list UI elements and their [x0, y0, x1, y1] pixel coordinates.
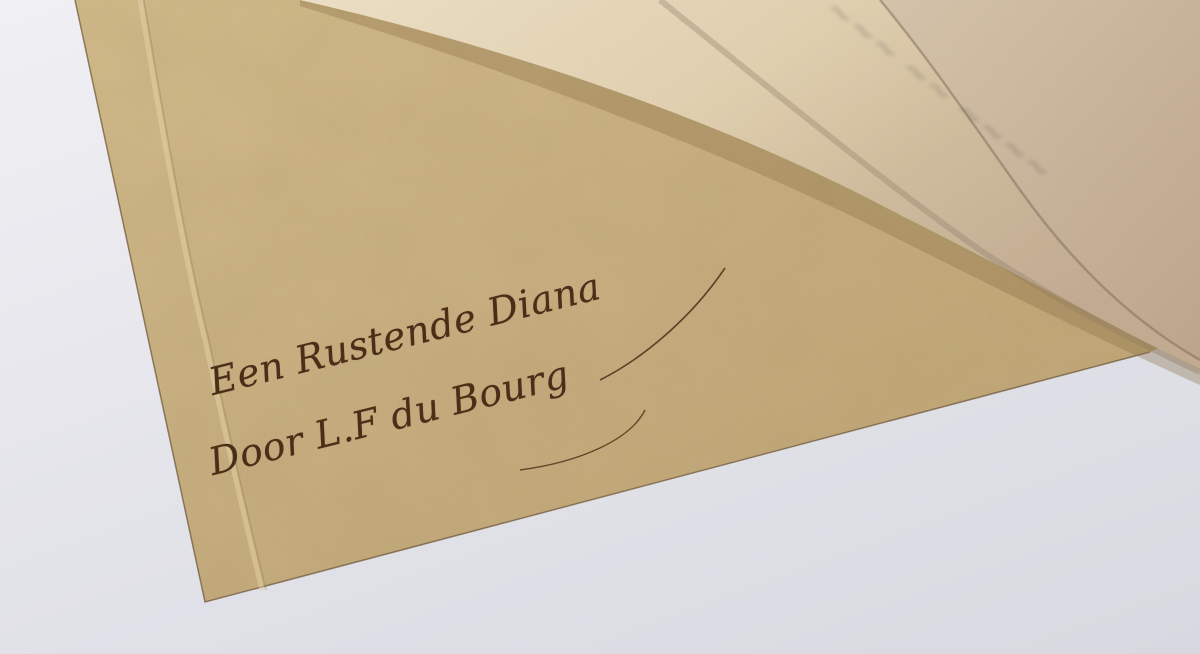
photo-scene: ~~~ ~~ ~~~~ Een Rustende Diana Door L.F … — [0, 0, 1200, 654]
paper-sheet-illustration — [0, 0, 1200, 654]
